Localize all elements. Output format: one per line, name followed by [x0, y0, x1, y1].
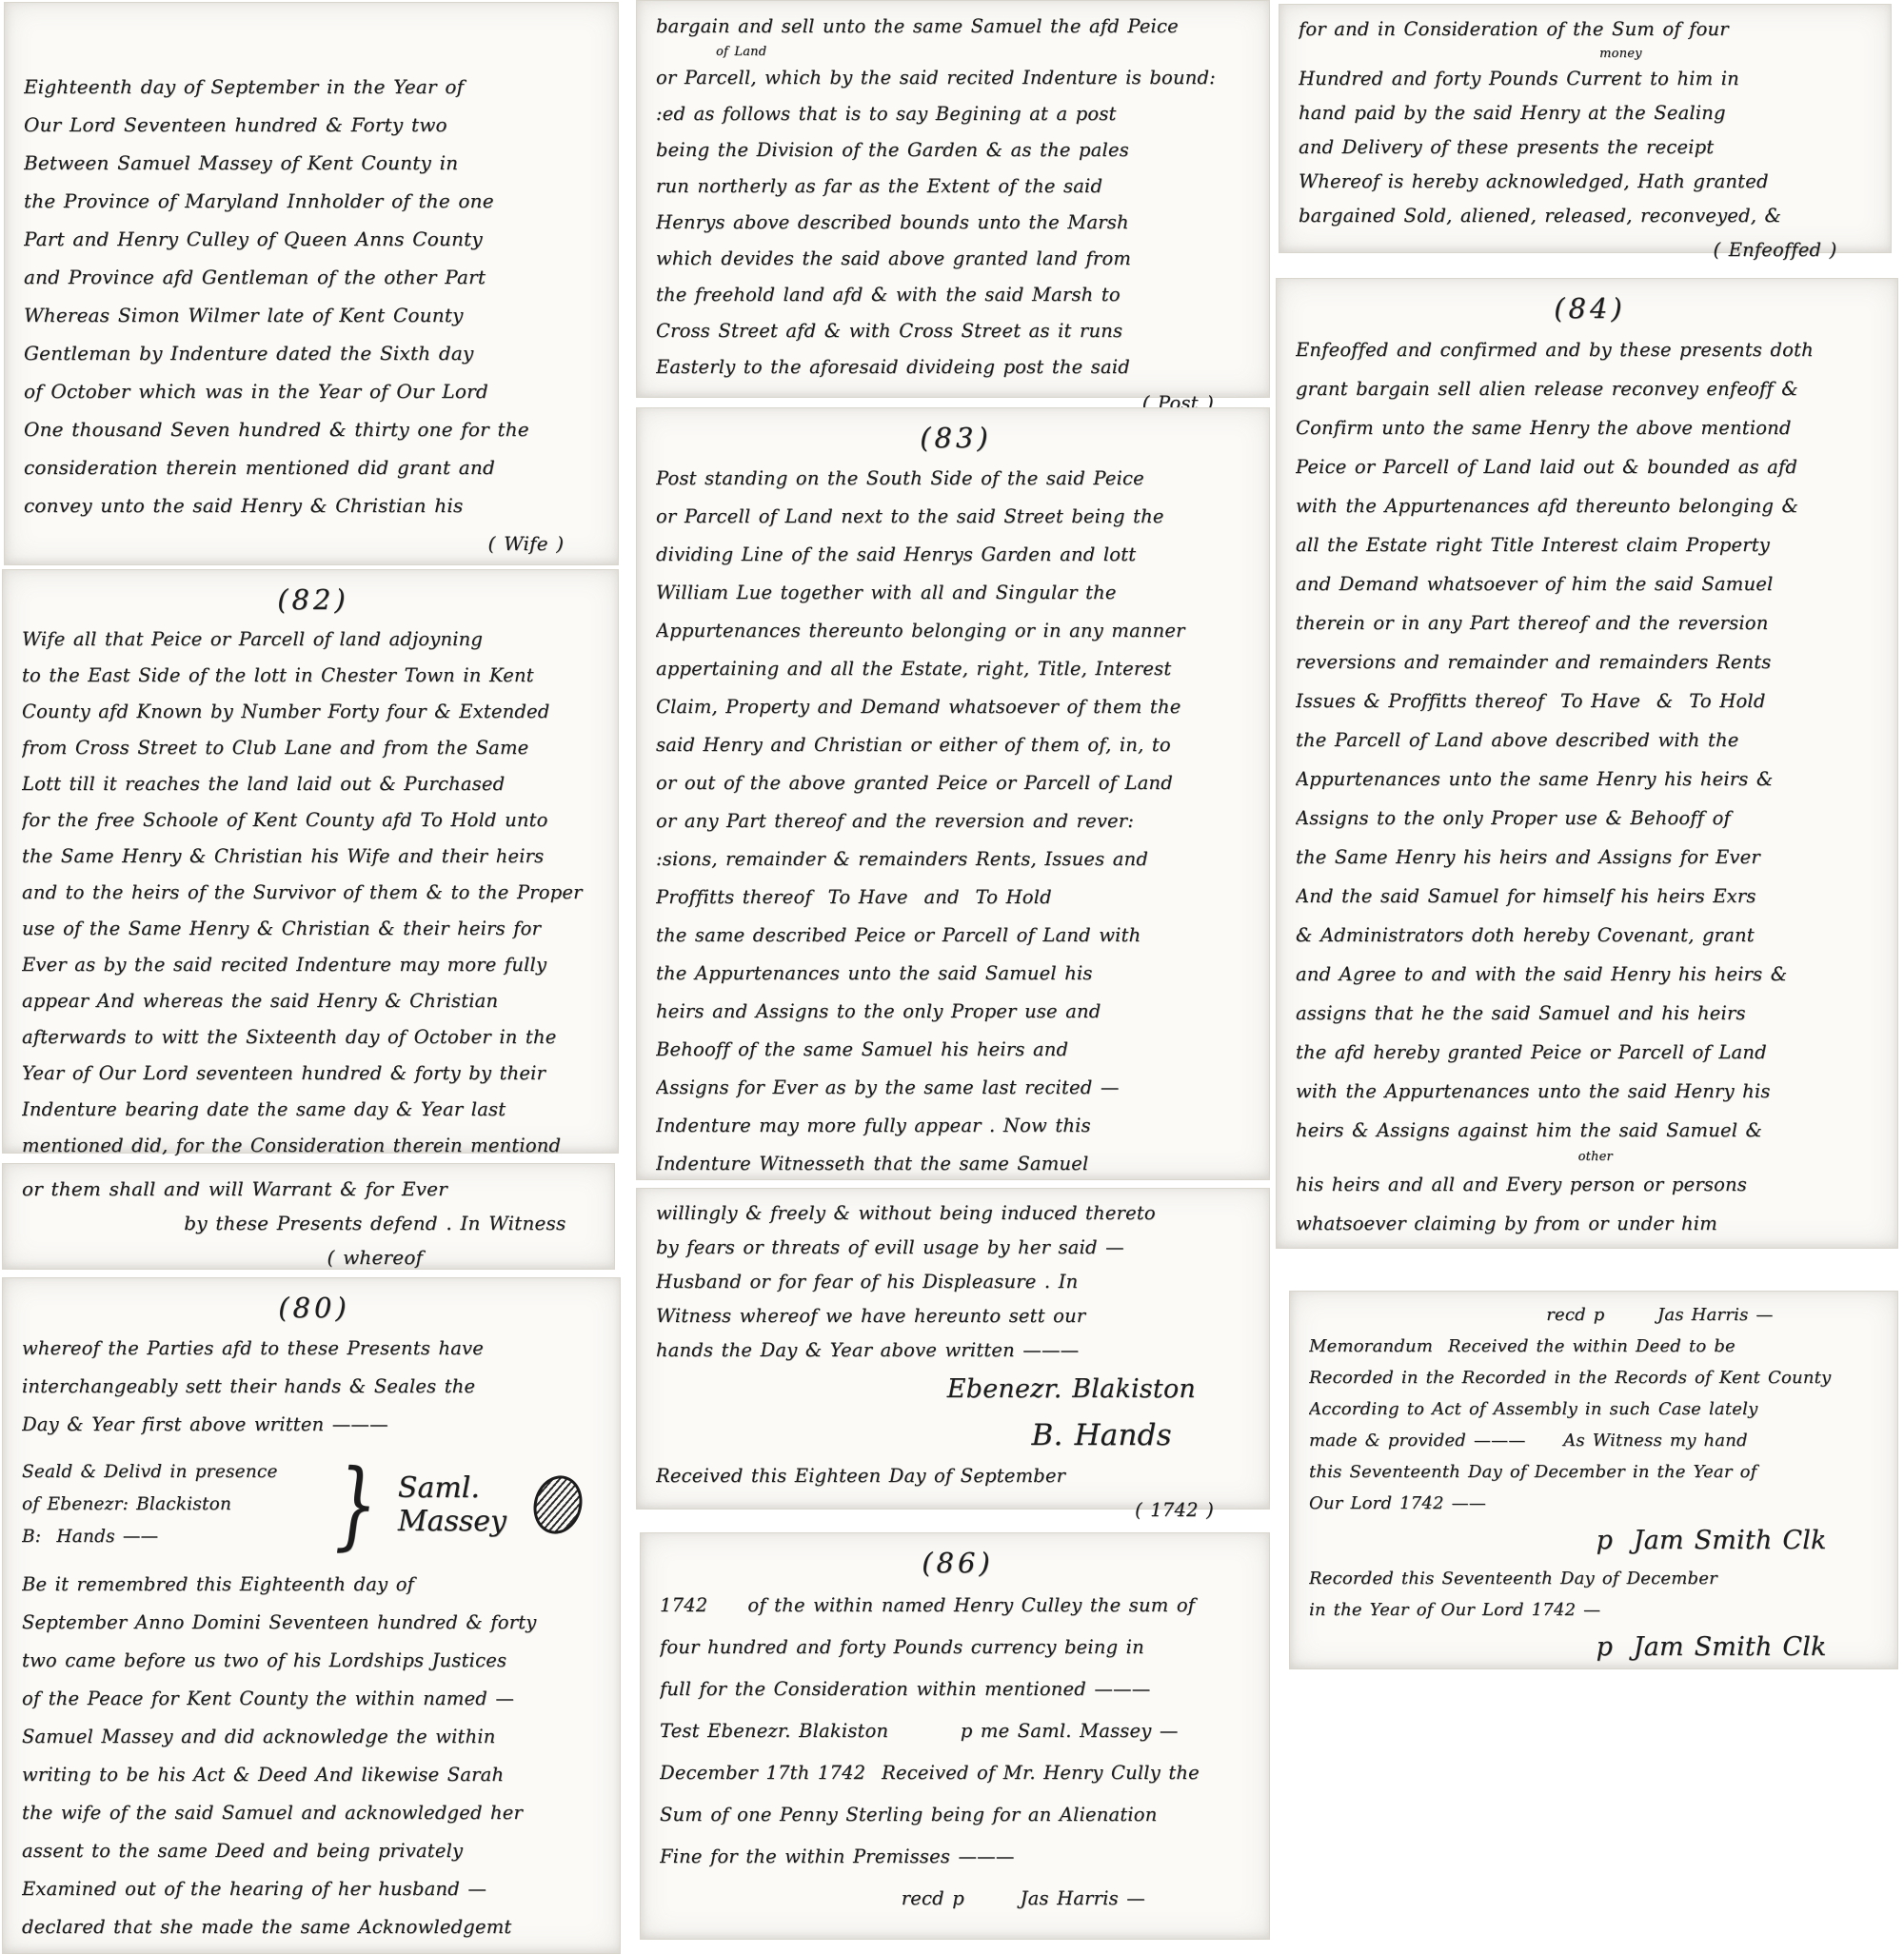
manuscript-line: the Parcell of Land above described with… [1296, 720, 1884, 760]
manuscript-line: his heirs and all and Every person or pe… [1296, 1165, 1884, 1204]
manuscript-line: Gentleman by Indenture dated the Sixth d… [24, 334, 605, 372]
manuscript-line: Whereof is hereby acknowledged, Hath gra… [1299, 165, 1877, 199]
manuscript-line: Wife all that Peice or Parcell of land a… [22, 622, 605, 658]
manuscript-line: or them shall and will Warrant & for Eve… [22, 1172, 601, 1206]
manuscript-line: ( 1742 ) [656, 1493, 1256, 1528]
manuscript-line: the Same Henry his heirs and Assigns for… [1296, 838, 1884, 877]
manuscript-line: of Land [656, 45, 1256, 60]
manuscript-line: & Administrators doth hereby Covenant, g… [1296, 916, 1884, 955]
manuscript-line: Husband or for fear of his Displeasure .… [656, 1265, 1256, 1299]
grantor-signature: Saml. Massey [387, 1471, 534, 1538]
manuscript-line: appertaining and all the Estate, right, … [656, 650, 1256, 688]
manuscript-line: Indenture Witnesseth that the same Samue… [656, 1145, 1256, 1183]
seal-icon [526, 1470, 588, 1539]
brace-glyph: } [335, 1457, 378, 1552]
manuscript-line: recd p Jas Harris — [1309, 1299, 1884, 1331]
manuscript-line: or out of the above granted Peice or Par… [656, 764, 1256, 802]
manuscript-line: to the East Side of the lott in Chester … [22, 658, 605, 694]
manuscript-line: said Henry and Christian or either of th… [656, 726, 1256, 764]
manuscript-line: other [1296, 1150, 1884, 1165]
manuscript-line: or any Part thereof and the reversion an… [656, 802, 1256, 840]
manuscript-line: According to Act of Assembly in such Cas… [1309, 1393, 1884, 1425]
manuscript-line: :sions, remainder & remainders Rents, Is… [656, 840, 1256, 878]
manuscript-line: four hundred and forty Pounds currency b… [660, 1627, 1256, 1668]
manuscript-line: of Ebenezr: Blackiston [22, 1489, 326, 1521]
manuscript-line: p Jam Smith Clk [1309, 1626, 1884, 1669]
manuscript-line: hands the Day & Year above written ——— [656, 1333, 1256, 1368]
manuscript-line: for the free Schoole of Kent County afd … [22, 802, 605, 839]
page-number: (82) [22, 578, 605, 622]
manuscript-line: Issues & Proffitts thereof To Have & To … [1296, 681, 1884, 720]
manuscript-line: from Cross Street to Club Lane and from … [22, 730, 605, 766]
page-fragment-86: (86) 1742 of the within named Henry Cull… [640, 1532, 1270, 1940]
manuscript-line: ( Wife ) [24, 524, 605, 563]
manuscript-line: all the Estate right Title Interest clai… [1296, 525, 1884, 564]
manuscript-line: interchangeably sett their hands & Seale… [22, 1368, 606, 1406]
manuscript-lines: willingly & freely & without being induc… [656, 1196, 1256, 1528]
manuscript-line: bargain and sell unto the same Samuel th… [656, 9, 1256, 45]
manuscript-line: dividing Line of the said Henrys Garden … [656, 536, 1256, 574]
manuscript-line: Recorded this Seventeenth Day of Decembe… [1309, 1563, 1884, 1594]
manuscript-line: Memorandum Received the within Deed to b… [1309, 1331, 1884, 1362]
manuscript-lines: Enfeoffed and confirmed and by these pre… [1296, 330, 1884, 1243]
manuscript-line: Indenture may more fully appear . Now th… [656, 1107, 1256, 1145]
page-fragment-bargain: bargain and sell unto the same Samuel th… [636, 0, 1270, 398]
witness-signature-block: Seald & Delivd in presenceof Ebenezr: Bl… [22, 1444, 606, 1566]
manuscript-line: Peice or Parcell of Land laid out & boun… [1296, 447, 1884, 486]
manuscript-line: Ebenezr. Blakiston [656, 1368, 1256, 1411]
page-number: (86) [660, 1541, 1256, 1585]
manuscript-line: consideration therein mentioned did gran… [24, 448, 605, 486]
manuscript-line: Hundred and forty Pounds Current to him … [1299, 62, 1877, 96]
manuscript-line: heirs and Assigns to the only Proper use… [656, 993, 1256, 1031]
manuscript-line: whatsoever claiming by from or under him [1296, 1204, 1884, 1243]
witness-attestation-lines: Seald & Delivd in presenceof Ebenezr: Bl… [22, 1456, 326, 1553]
manuscript-lines: or them shall and will Warrant & for Eve… [22, 1172, 601, 1274]
manuscript-line: Confirm unto the same Henry the above me… [1296, 408, 1884, 447]
page-fragment-84: (84) Enfeoffed and confirmed and by thes… [1276, 278, 1898, 1249]
manuscript-line: Claim, Property and Demand whatsoever of… [656, 688, 1256, 726]
manuscript-line: or Parcell of Land next to the said Stre… [656, 498, 1256, 536]
manuscript-line: Recorded in the Recorded in the Records … [1309, 1362, 1884, 1393]
manuscript-line: William Lue together with all and Singul… [656, 574, 1256, 612]
manuscript-line: made & provided ——— As Witness my hand [1309, 1425, 1884, 1456]
manuscript-line: And the said Samuel for himself his heir… [1296, 877, 1884, 916]
manuscript-line: appear And whereas the said Henry & Chri… [22, 983, 605, 1019]
manuscript-line: the same described Peice or Parcell of L… [656, 917, 1256, 955]
manuscript-line: use of the Same Henry & Christian & thei… [22, 911, 605, 947]
manuscript-line: Indenture bearing date the same day & Ye… [22, 1092, 605, 1128]
manuscript-line: Samuel Massey and did acknowledge the wi… [22, 1718, 606, 1756]
manuscript-line: the Province of Maryland Innholder of th… [24, 182, 605, 220]
manuscript-line: this Seventeenth Day of December in the … [1309, 1456, 1884, 1488]
manuscript-line: Test Ebenezr. Blakiston p me Saml. Masse… [660, 1710, 1256, 1752]
manuscript-line: p Jam Smith Clk [1309, 1519, 1884, 1563]
page-number: (80) [22, 1286, 606, 1330]
manuscript-lines: bargain and sell unto the same Samuel th… [656, 9, 1256, 422]
manuscript-scan-board: This Indenturemade this — Eighteenth day… [0, 0, 1904, 1954]
manuscript-line: Post standing on the South Side of the s… [656, 460, 1256, 498]
manuscript-line: B: Hands —— [22, 1521, 326, 1553]
manuscript-line: whereof the Parties afd to these Present… [22, 1330, 606, 1368]
manuscript-line: Witness whereof we have hereunto sett ou… [656, 1299, 1256, 1333]
manuscript-line: B. Hands [656, 1411, 1256, 1459]
manuscript-line: Fine for the within Premisses ——— [660, 1836, 1256, 1878]
manuscript-line: with the Appurtenances unto the said Hen… [1296, 1072, 1884, 1111]
manuscript-line: Sum of one Penny Sterling being for an A… [660, 1794, 1256, 1836]
manuscript-line: therein or in any Part thereof and the r… [1296, 603, 1884, 642]
manuscript-line: recd p Jas Harris — [660, 1878, 1256, 1920]
manuscript-line: 1742 of the within named Henry Culley th… [660, 1585, 1256, 1627]
manuscript-line: Easterly to the aforesaid divideing post… [656, 349, 1256, 385]
manuscript-lines: Wife all that Peice or Parcell of land a… [22, 622, 605, 1164]
page-fragment-opening: This Indenturemade this — Eighteenth day… [4, 2, 619, 565]
manuscript-line: grant bargain sell alien release reconve… [1296, 369, 1884, 408]
manuscript-line: of the Peace for Kent County the within … [22, 1680, 606, 1718]
manuscript-line: Year of Our Lord seventeen hundred & for… [22, 1056, 605, 1092]
manuscript-line: hand paid by the said Henry at the Seali… [1299, 96, 1877, 130]
manuscript-line: Appurtenances thereunto belonging or in … [656, 612, 1256, 650]
manuscript-line: Enfeoffed and confirmed and by these pre… [1296, 330, 1884, 369]
manuscript-line: Ever as by the said recited Indenture ma… [22, 947, 605, 983]
manuscript-line: Assigns to the only Proper use & Behooff… [1296, 799, 1884, 838]
manuscript-line: afterwards to witt the Sixteenth day of … [22, 1019, 605, 1056]
manuscript-line: September Anno Domini Seventeen hundred … [22, 1604, 606, 1642]
manuscript-line: for and in Consideration of the Sum of f… [1299, 12, 1877, 47]
manuscript-line: Our Lord Seventeen hundred & Forty two [24, 106, 605, 144]
manuscript-line: convey unto the said Henry & Christian h… [24, 486, 605, 524]
manuscript-line: with the Appurtenances afd thereunto bel… [1296, 486, 1884, 525]
manuscript-line: ( whereof [22, 1240, 601, 1274]
manuscript-line: full for the Consideration within mentio… [660, 1668, 1256, 1710]
manuscript-line: declared that she made the same Acknowle… [22, 1908, 606, 1946]
manuscript-line: by these Presents defend . In Witness [22, 1206, 601, 1240]
manuscript-lines: Be it remembred this Eighteenth day ofSe… [22, 1566, 606, 1946]
manuscript-line: and Agree to and with the said Henry his… [1296, 955, 1884, 994]
manuscript-line: bargained Sold, aliened, released, recon… [1299, 199, 1877, 233]
manuscript-line: Lott till it reaches the land laid out &… [22, 766, 605, 802]
manuscript-line: the wife of the said Samuel and acknowle… [22, 1794, 606, 1832]
manuscript-line: December 17th 1742 Received of Mr. Henry… [660, 1752, 1256, 1794]
page-fragment-witness-signatures: willingly & freely & without being induc… [636, 1188, 1270, 1510]
manuscript-line: two came before us two of his Lordships … [22, 1642, 606, 1680]
manuscript-line: Part and Henry Culley of Queen Anns Coun… [24, 220, 605, 258]
manuscript-line: Whereas Simon Wilmer late of Kent County [24, 296, 605, 334]
manuscript-line: Henrys above described bounds unto the M… [656, 205, 1256, 241]
manuscript-line: or Parcell, which by the said recited In… [656, 60, 1256, 96]
manuscript-lines: recd p Jas Harris —Memorandum Received t… [1309, 1299, 1884, 1669]
manuscript-line: Received this Eighteen Day of September [656, 1459, 1256, 1493]
page-fragment-memorandum: recd p Jas Harris —Memorandum Received t… [1289, 1291, 1898, 1669]
manuscript-line: County afd Known by Number Forty four & … [22, 694, 605, 730]
manuscript-lines: Post standing on the South Side of the s… [656, 460, 1256, 1183]
manuscript-line: run northerly as far as the Extent of th… [656, 168, 1256, 205]
manuscript-lines: Eighteenth day of September in the Year … [24, 68, 605, 563]
manuscript-line: the freehold land afd & with the said Ma… [656, 277, 1256, 313]
manuscript-line: Be it remembred this Eighteenth day of [22, 1566, 606, 1604]
manuscript-line: and to the heirs of the Survivor of them… [22, 875, 605, 911]
page-fragment-80: (80) whereof the Parties afd to these Pr… [2, 1277, 621, 1954]
manuscript-line: writing to be his Act & Deed And likewis… [22, 1756, 606, 1794]
page-fragment-consideration: for and in Consideration of the Sum of f… [1279, 4, 1892, 253]
manuscript-line: in the Year of Our Lord 1742 — [1309, 1594, 1884, 1626]
manuscript-line: which devides the said above granted lan… [656, 241, 1256, 277]
manuscript-line: Examined out of the hearing of her husba… [22, 1870, 606, 1908]
manuscript-line: reversions and remainder and remainders … [1296, 642, 1884, 681]
manuscript-line: Appurtenances unto the same Henry his he… [1296, 760, 1884, 799]
manuscript-line: by fears or threats of evill usage by he… [656, 1231, 1256, 1265]
manuscript-line: mentioned did, for the Consideration the… [22, 1128, 605, 1164]
manuscript-lines: 1742 of the within named Henry Culley th… [660, 1585, 1256, 1920]
page-fragment-83: (83) Post standing on the South Side of … [636, 407, 1270, 1180]
manuscript-line: the afd hereby granted Peice or Parcell … [1296, 1033, 1884, 1072]
manuscript-line: and Demand whatsoever of him the said Sa… [1296, 564, 1884, 603]
page-number: (83) [656, 416, 1256, 460]
page-fragment-warrant-strip: or them shall and will Warrant & for Eve… [2, 1163, 615, 1270]
manuscript-line: money [1299, 47, 1877, 62]
page-number: (84) [1296, 286, 1884, 330]
manuscript-line: willingly & freely & without being induc… [656, 1196, 1256, 1231]
manuscript-line: Assigns for Ever as by the same last rec… [656, 1069, 1256, 1107]
manuscript-line: being the Division of the Garden & as th… [656, 132, 1256, 168]
manuscript-line: and Delivery of these presents the recei… [1299, 130, 1877, 165]
manuscript-line: Our Lord 1742 —— [1309, 1488, 1884, 1519]
manuscript-line: Between Samuel Massey of Kent County in [24, 144, 605, 182]
manuscript-line: Proffitts thereof To Have and To Hold [656, 878, 1256, 917]
manuscript-line: One thousand Seven hundred & thirty one … [24, 410, 605, 448]
manuscript-line: of October which was in the Year of Our … [24, 372, 605, 410]
manuscript-line: assent to the same Deed and being privat… [22, 1832, 606, 1870]
manuscript-line: Eighteenth day of September in the Year … [24, 68, 605, 106]
manuscript-lines: for and in Consideration of the Sum of f… [1299, 12, 1877, 267]
indenture-opening-line: This Indenturemade this — [24, 10, 605, 68]
manuscript-line: the Appurtenances unto the said Samuel h… [656, 955, 1256, 993]
manuscript-line: and Province afd Gentleman of the other … [24, 258, 605, 296]
manuscript-line: ( Enfeoffed ) [1299, 233, 1877, 267]
manuscript-line: the Same Henry & Christian his Wife and … [22, 839, 605, 875]
page-fragment-82: (82) Wife all that Peice or Parcell of l… [2, 569, 619, 1154]
manuscript-line: :ed as follows that is to say Begining a… [656, 96, 1256, 132]
manuscript-line: Behooff of the same Samuel his heirs and [656, 1031, 1256, 1069]
manuscript-line: Seald & Delivd in presence [22, 1456, 326, 1489]
manuscript-line: Cross Street afd & with Cross Street as … [656, 313, 1256, 349]
manuscript-line: Day & Year first above written ——— [22, 1406, 606, 1444]
manuscript-lines: whereof the Parties afd to these Present… [22, 1330, 606, 1444]
manuscript-line: heirs & Assigns against him the said Sam… [1296, 1111, 1884, 1150]
manuscript-line: assigns that he the said Samuel and his … [1296, 994, 1884, 1033]
